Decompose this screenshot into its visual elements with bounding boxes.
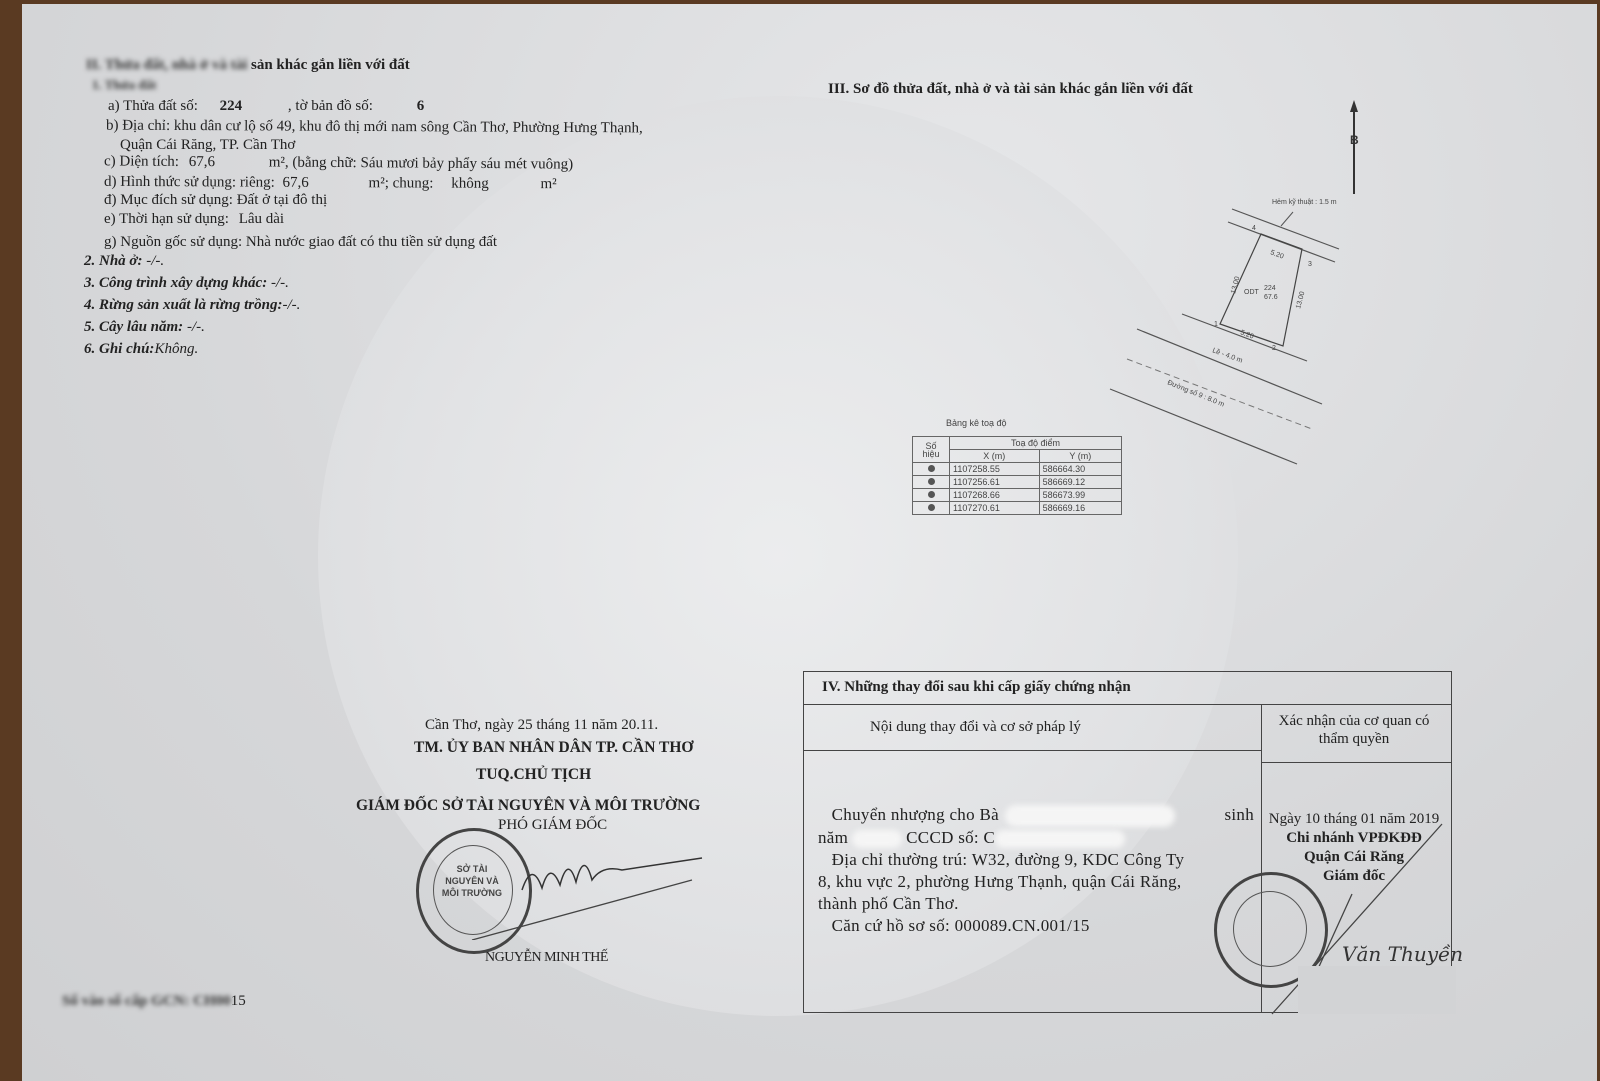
north-label: B <box>1350 133 1359 147</box>
change-content: Chuyển nhượng cho Bàsinh nămCCCD số: C Đ… <box>818 804 1254 937</box>
parcel-number: 224 <box>220 98 243 114</box>
point-marker-icon <box>928 465 935 472</box>
point-marker-icon <box>928 504 935 511</box>
parcel-diagram: B Hẻm kỹ thuật : 1.5 m 4 3 1 2 5.20 5.20… <box>1082 94 1442 474</box>
term-row: e) Thời hạn sử dụng: Lâu dài <box>104 210 284 228</box>
sidewalk-label: Lề - 4.0 m <box>1211 345 1244 364</box>
table-row: 1107258.55586664.30 <box>913 463 1122 476</box>
svg-text:13.00: 13.00 <box>1295 291 1306 310</box>
point-marker-icon <box>928 491 935 498</box>
redacted-id-number <box>995 830 1125 848</box>
item-other-construction: 3. Công trình xây dựng khác: -/-. <box>84 274 300 292</box>
redacted-birth-year <box>852 830 902 848</box>
address-row: b) Địa chỉ: khu dân cư lộ số 49, khu đô … <box>106 117 643 138</box>
area-row: c) Diện tích: 67,6 m², (bằng chữ: Sáu mư… <box>104 152 573 173</box>
signature-icon <box>452 840 712 940</box>
svg-text:3: 3 <box>1308 261 1312 268</box>
section2-header: II. Thửa đất, nhà ở và tài sản khác gắn … <box>86 56 410 74</box>
redacted-name <box>1005 805 1175 827</box>
signing-dept: GIÁM ĐỐC SỞ TÀI NGUYÊN VÀ MÔI TRƯỜNG <box>356 797 700 815</box>
item-perennial: 5. Cây lâu năm: -/-. <box>84 318 300 336</box>
map-sheet-number: 6 <box>417 98 425 114</box>
svg-text:67.6: 67.6 <box>1264 294 1278 301</box>
certificate-page: II. Thửa đất, nhà ở và tài sản khác gắn … <box>22 4 1597 1081</box>
signing-date: Cần Thơ, ngày 25 tháng 11 năm 20.11. <box>425 716 658 734</box>
coord-table-title: Bảng kê toạ độ <box>946 418 1007 428</box>
col-content-header: Nội dung thay đổi và cơ sở pháp lý <box>870 718 1081 736</box>
origin-row: g) Nguồn gốc sử dụng: Nhà nước giao đất … <box>104 233 497 251</box>
alley-label: Hẻm kỹ thuật : 1.5 m <box>1272 199 1337 206</box>
redacted-signer-name <box>1298 966 1456 1014</box>
svg-text:ODT: ODT <box>1244 289 1260 296</box>
point-marker-icon <box>928 478 935 485</box>
table-row: 1107268.66586673.99 <box>913 489 1122 502</box>
table-row: 1107270.61586669.16 <box>913 502 1122 515</box>
svg-text:5.20: 5.20 <box>1269 249 1284 260</box>
table-row: 1107256.61586669.12 <box>913 476 1122 489</box>
item-forest: 4. Rừng sản xuất là rừng trồng:-/-. <box>84 296 300 314</box>
section4-title: IV. Những thay đổi sau khi cấp giấy chứn… <box>822 678 1131 696</box>
signer-name: NGUYỄN MINH THẾ <box>485 949 608 967</box>
address-row-2: Quận Cái Răng, TP. Cần Thơ <box>120 136 295 154</box>
signing-title: PHÓ GIÁM ĐỐC <box>498 816 607 834</box>
item-house: 2. Nhà ở: -/-. <box>84 252 300 270</box>
redacted-header: II. Thửa đất, nhà ở và tài <box>86 57 247 73</box>
svg-text:224: 224 <box>1264 285 1276 292</box>
parcel-number-row: a) Thửa đất số: 224 , tờ bản đồ số: 6 <box>108 97 424 115</box>
signing-on-behalf: TUQ.CHỦ TỊCH <box>476 766 591 784</box>
col-confirm-header: Xác nhận của cơ quan có thẩm quyền <box>1264 712 1444 748</box>
coordinate-table: Số hiệu Toạ độ điểm X (m) Y (m) 1107258.… <box>912 436 1122 515</box>
book-number: Số vào sổ cấp GCN: CH0015 <box>62 992 246 1010</box>
confirm-signer: Văn Thuyền <box>1342 942 1463 966</box>
svg-text:4: 4 <box>1252 225 1256 232</box>
purpose-row: đ) Mục đích sử dụng: Đất ở tại đô thị <box>104 191 327 209</box>
road-label: Đường số 9 : 8.0 m <box>1166 378 1226 409</box>
subsection-title: 1. Thửa đất <box>92 76 156 94</box>
item-note: 6. Ghi chú:Không. <box>84 340 300 358</box>
signing-org: TM. ỦY BAN NHÂN DÂN TP. CẦN THƠ <box>414 739 693 757</box>
items-list: 2. Nhà ở: -/-. 3. Công trình xây dựng kh… <box>84 252 300 358</box>
svg-text:13.00: 13.00 <box>1230 276 1241 295</box>
